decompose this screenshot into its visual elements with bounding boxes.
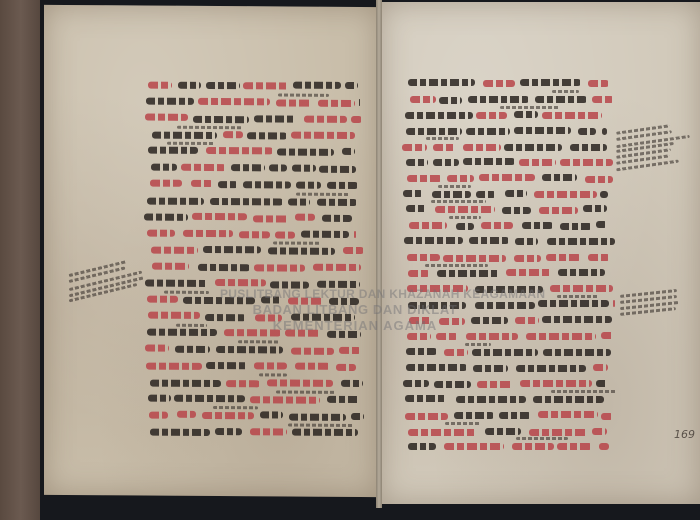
script-text-segment <box>476 191 496 198</box>
script-text-segment <box>339 347 361 354</box>
script-text-segment <box>260 411 283 418</box>
script-text-segment <box>291 347 335 354</box>
script-text-segment <box>408 443 436 450</box>
script-text-segment <box>596 221 607 228</box>
script-text-segment <box>546 254 581 261</box>
script-text-segment <box>151 246 199 253</box>
script-text-segment <box>443 255 505 262</box>
script-text-segment <box>270 281 309 288</box>
script-text-segment <box>592 428 607 435</box>
script-text-segment <box>296 182 321 189</box>
script-text-segment <box>456 223 474 230</box>
script-text-segment <box>578 128 596 135</box>
script-text-segment <box>432 191 471 198</box>
left-page <box>44 5 378 497</box>
script-text-segment <box>436 333 458 340</box>
script-text-segment <box>406 159 428 166</box>
script-text-segment <box>406 128 462 135</box>
script-text-segment <box>250 396 320 403</box>
script-text-segment <box>342 148 355 155</box>
script-text-segment <box>152 131 217 138</box>
script-text-segment <box>150 180 183 187</box>
interlinear-gloss <box>164 290 208 293</box>
script-text-segment <box>520 79 581 86</box>
script-text-segment <box>463 158 515 165</box>
script-text-segment <box>148 395 171 402</box>
script-text-segment <box>351 116 362 123</box>
script-text-segment <box>329 298 359 305</box>
script-text-segment <box>447 175 473 182</box>
script-text-segment <box>216 346 283 353</box>
script-text-segment <box>341 380 363 387</box>
script-text-segment <box>408 429 477 436</box>
script-text-segment <box>148 81 172 88</box>
script-text-segment <box>585 176 613 183</box>
script-text-segment <box>466 128 510 135</box>
script-text-segment <box>206 147 273 154</box>
script-text-segment <box>463 144 501 151</box>
interlinear-gloss <box>176 323 207 326</box>
script-text-segment <box>479 174 536 181</box>
script-text-segment <box>198 264 250 271</box>
interlinear-gloss <box>278 93 329 96</box>
interlinear-gloss <box>425 264 488 267</box>
script-text-segment <box>277 149 334 156</box>
script-text-segment <box>506 269 551 276</box>
interlinear-gloss <box>259 373 288 376</box>
script-text-segment <box>147 230 175 237</box>
script-text-segment <box>202 411 254 418</box>
script-text-segment <box>148 147 198 154</box>
script-text-segment <box>408 302 466 309</box>
script-text-segment <box>439 318 465 325</box>
script-text-segment <box>512 443 554 450</box>
script-text-segment <box>560 223 592 230</box>
script-text-segment <box>456 396 527 403</box>
script-text-segment <box>596 380 607 387</box>
script-text-segment <box>434 381 471 388</box>
interlinear-gloss <box>552 90 579 93</box>
script-text-segment <box>550 285 613 292</box>
script-text-segment <box>150 379 221 386</box>
script-text-segment <box>175 346 210 353</box>
script-text-segment <box>410 96 436 103</box>
script-text-segment <box>542 316 611 323</box>
script-text-segment <box>152 262 189 269</box>
script-text-segment <box>592 96 614 103</box>
script-text-segment <box>472 349 539 356</box>
script-text-segment <box>151 163 177 170</box>
script-text-segment <box>293 82 342 89</box>
script-text-segment <box>588 80 609 87</box>
script-text-segment <box>602 128 607 135</box>
script-text-segment <box>499 412 530 419</box>
script-text-segment <box>515 238 538 245</box>
script-text-segment <box>483 80 515 87</box>
script-text-segment <box>547 238 614 245</box>
interlinear-gloss <box>288 423 352 426</box>
script-text-segment <box>522 222 553 229</box>
script-text-segment <box>203 246 261 253</box>
interlinear-gloss <box>500 106 560 109</box>
script-text-segment <box>269 164 287 171</box>
script-text-segment <box>174 395 246 403</box>
script-text-segment <box>402 144 427 151</box>
script-text-segment <box>198 98 270 106</box>
script-text-segment <box>558 269 605 276</box>
script-text-segment <box>206 362 249 369</box>
script-text-segment <box>150 429 210 436</box>
script-text-segment <box>304 115 347 122</box>
script-text-segment <box>408 79 475 86</box>
interlinear-gloss <box>438 185 471 188</box>
script-text-segment <box>292 428 358 435</box>
script-text-segment <box>468 96 529 103</box>
script-text-segment <box>351 413 364 420</box>
script-text-segment <box>599 443 610 450</box>
script-text-segment <box>403 380 429 387</box>
interlinear-gloss <box>431 200 485 203</box>
script-text-segment <box>317 281 360 288</box>
interlinear-gloss <box>465 343 492 346</box>
script-text-segment <box>516 365 586 372</box>
script-text-segment <box>407 333 430 340</box>
script-text-segment <box>409 317 431 324</box>
script-text-segment <box>191 180 214 187</box>
script-text-segment <box>178 82 200 89</box>
script-text-segment <box>343 247 363 254</box>
script-text-segment <box>557 443 592 450</box>
script-text-segment <box>148 312 200 319</box>
script-text-segment <box>291 314 356 321</box>
interlinear-gloss <box>177 125 242 128</box>
script-text-segment <box>405 395 448 402</box>
interlinear-gloss <box>449 216 481 219</box>
script-text-segment <box>231 164 265 171</box>
script-text-segment <box>177 411 196 418</box>
script-text-segment <box>275 231 295 238</box>
script-text-segment <box>183 297 255 305</box>
script-text-segment <box>145 345 169 352</box>
script-text-segment <box>601 413 613 420</box>
script-text-segment <box>183 230 232 237</box>
script-text-segment <box>466 333 518 340</box>
script-text-segment <box>288 297 323 304</box>
script-text-segment <box>254 264 304 271</box>
script-text-segment <box>515 317 539 324</box>
script-text-segment <box>560 159 613 166</box>
script-text-segment <box>239 231 271 238</box>
script-text-segment <box>292 165 316 172</box>
interlinear-gloss <box>445 422 481 425</box>
script-text-segment <box>526 333 596 340</box>
script-text-segment <box>444 349 467 356</box>
script-text-segment <box>406 364 467 371</box>
script-text-segment <box>210 198 282 206</box>
script-text-segment <box>223 131 242 138</box>
script-text-segment <box>253 215 288 222</box>
script-text-segment <box>318 100 355 107</box>
script-text-segment <box>600 191 608 198</box>
script-text-segment <box>345 82 359 89</box>
book-gutter <box>376 0 382 508</box>
script-text-segment <box>291 132 354 139</box>
script-text-segment <box>406 205 427 212</box>
script-text-segment <box>250 428 287 435</box>
script-text-segment <box>539 207 578 214</box>
script-text-segment <box>215 428 243 435</box>
script-text-segment <box>206 82 240 89</box>
script-text-segment <box>313 264 361 271</box>
script-text-segment <box>542 112 603 119</box>
script-text-segment <box>247 132 287 139</box>
script-text-segment <box>475 286 542 293</box>
script-text-segment <box>476 112 507 119</box>
script-text-segment <box>406 348 437 355</box>
script-text-segment <box>289 413 346 420</box>
interlinear-gloss <box>276 390 336 393</box>
script-text-segment <box>147 198 204 205</box>
script-text-segment <box>254 115 296 122</box>
script-text-segment <box>254 363 288 370</box>
script-text-segment <box>538 300 609 307</box>
interlinear-gloss <box>213 406 258 409</box>
script-text-segment <box>288 198 310 205</box>
script-text-segment <box>601 332 613 339</box>
script-text-segment <box>520 380 592 387</box>
script-text-segment <box>475 302 535 309</box>
script-text-segment <box>439 97 462 104</box>
script-text-segment <box>218 181 238 188</box>
script-text-segment <box>301 230 349 237</box>
script-text-segment <box>485 428 522 435</box>
script-text-segment <box>505 190 527 197</box>
script-text-segment <box>193 116 248 123</box>
interlinear-gloss <box>296 192 350 195</box>
script-text-segment <box>215 279 267 286</box>
script-text-segment <box>409 222 448 229</box>
script-text-segment <box>407 175 442 182</box>
script-text-segment <box>529 429 588 436</box>
script-text-segment <box>403 190 423 197</box>
script-text-segment <box>405 413 449 420</box>
script-text-segment <box>359 99 360 106</box>
script-text-segment <box>538 411 598 418</box>
script-text-segment <box>295 363 331 370</box>
script-text-segment <box>477 381 512 388</box>
script-text-segment <box>433 159 459 166</box>
script-text-segment <box>533 396 604 403</box>
interlinear-gloss <box>557 295 599 298</box>
script-text-segment <box>404 237 463 244</box>
script-text-segment <box>408 270 431 277</box>
script-text-segment <box>268 247 335 254</box>
script-text-segment <box>145 280 208 287</box>
script-text-segment <box>514 127 571 134</box>
script-text-segment <box>473 365 508 372</box>
script-text-segment <box>327 395 360 402</box>
script-text-segment <box>435 206 496 213</box>
script-text-segment <box>243 83 288 90</box>
interlinear-gloss <box>238 340 280 343</box>
script-text-segment <box>327 182 358 189</box>
script-text-segment <box>322 214 353 221</box>
script-text-segment <box>261 296 282 303</box>
script-text-segment <box>146 98 194 105</box>
script-text-segment <box>504 144 562 151</box>
script-text-segment <box>514 255 541 262</box>
script-text-segment <box>205 314 247 321</box>
script-text-segment <box>276 99 312 106</box>
script-text-segment <box>407 254 440 261</box>
script-text-segment <box>149 411 168 418</box>
script-text-segment <box>336 364 356 371</box>
script-text-segment <box>502 207 530 214</box>
script-text-segment <box>226 380 261 387</box>
right-page <box>380 2 700 504</box>
script-text-segment <box>534 191 597 198</box>
script-text-segment <box>613 300 615 307</box>
script-text-segment <box>405 112 473 119</box>
script-text-segment <box>543 349 610 356</box>
script-text-segment <box>588 254 611 261</box>
script-text-segment <box>319 166 355 173</box>
script-text-segment <box>147 328 217 335</box>
script-text-segment <box>593 364 608 371</box>
manuscript-scene: PUSLITBANG LEKTUR DAN KHAZANAH KEAGAMAAN… <box>0 0 700 520</box>
script-text-segment <box>224 329 281 336</box>
script-text-segment <box>469 237 509 244</box>
interlinear-gloss <box>516 437 567 440</box>
script-text-segment <box>145 114 188 121</box>
script-text-segment <box>255 314 282 321</box>
script-text-segment <box>433 144 457 151</box>
script-text-segment <box>481 222 514 229</box>
interlinear-gloss <box>426 137 459 140</box>
script-text-segment <box>327 331 361 338</box>
script-text-segment <box>317 199 357 206</box>
script-text-segment <box>407 285 469 292</box>
script-text-segment <box>285 330 321 337</box>
script-text-segment <box>295 214 315 221</box>
script-text-segment <box>192 213 247 220</box>
script-text-segment <box>583 205 608 212</box>
script-text-segment <box>267 379 333 386</box>
script-text-segment <box>535 96 587 103</box>
script-text-segment <box>146 362 202 369</box>
interlinear-gloss <box>273 241 322 244</box>
script-text-segment <box>514 111 538 118</box>
script-text-segment <box>144 214 188 221</box>
interlinear-gloss <box>167 142 213 145</box>
interlinear-gloss <box>551 390 616 393</box>
script-text-segment <box>437 270 500 277</box>
script-text-segment <box>243 181 291 188</box>
script-text-segment <box>181 164 226 171</box>
script-text-segment <box>444 443 505 450</box>
script-text-segment <box>542 174 577 181</box>
script-text-segment <box>354 231 355 238</box>
script-text-segment <box>570 144 608 151</box>
script-text-segment <box>147 296 178 303</box>
script-text-segment <box>471 317 508 324</box>
script-text-segment <box>519 159 556 166</box>
script-text-segment <box>454 412 494 419</box>
folio-number: 169 <box>674 428 695 441</box>
